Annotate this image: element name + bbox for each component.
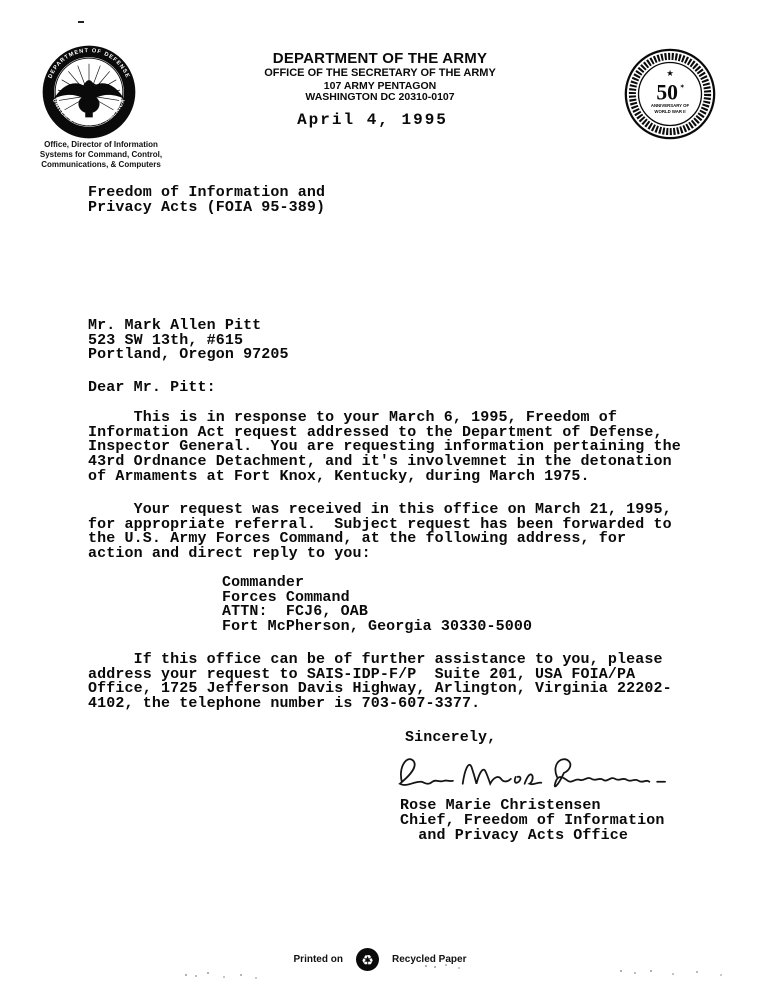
closing: Sincerely, bbox=[405, 731, 496, 746]
seal-caption-line2: WORLD WAR II bbox=[654, 109, 685, 114]
seal-number-star-icon: ✶ bbox=[679, 82, 685, 90]
handwritten-signature bbox=[392, 748, 667, 792]
signature-title: Chief, Freedom of Information and Privac… bbox=[400, 814, 665, 843]
recycle-icon: ♻ bbox=[356, 948, 379, 971]
seal-caption-line1: ANNIVERSARY OF bbox=[651, 103, 690, 108]
seal-number-50: 50 bbox=[656, 81, 678, 105]
scan-noise bbox=[185, 974, 187, 976]
seal-star-icon: ★ bbox=[666, 68, 674, 78]
salutation: Dear Mr. Pitt: bbox=[88, 381, 216, 396]
scan-artifact bbox=[78, 21, 84, 23]
recipient-address: Mr. Mark Allen Pitt 523 SW 13th, #615 Po… bbox=[88, 319, 289, 363]
wwii-50th-anniversary-seal-icon: ★ 50 ✶ ANNIVERSARY OF WORLD WAR II bbox=[623, 47, 717, 141]
body-paragraph-1: This is in response to your March 6, 199… bbox=[88, 411, 681, 485]
scan-noise bbox=[425, 965, 427, 967]
body-paragraph-3: If this office can be of further assista… bbox=[88, 653, 672, 712]
forwarding-address-block: Commander Forces Command ATTN: FCJ6, OAB… bbox=[222, 576, 532, 635]
scanned-letter-page: DEPARTMENT OF DEFENSE UNITED STATES OF A… bbox=[0, 0, 760, 992]
left-seal-caption: Office, Director of Information Systems … bbox=[25, 140, 177, 170]
subject-line: Freedom of Information and Privacy Acts … bbox=[88, 186, 325, 215]
scan-noise bbox=[620, 970, 622, 972]
printed-on-label: Printed on bbox=[294, 954, 343, 965]
recycled-paper-label: Recycled Paper bbox=[392, 954, 467, 965]
recycled-paper-footer: Printed on ♻ Recycled Paper bbox=[0, 948, 760, 971]
body-paragraph-2: Your request was received in this office… bbox=[88, 503, 672, 562]
